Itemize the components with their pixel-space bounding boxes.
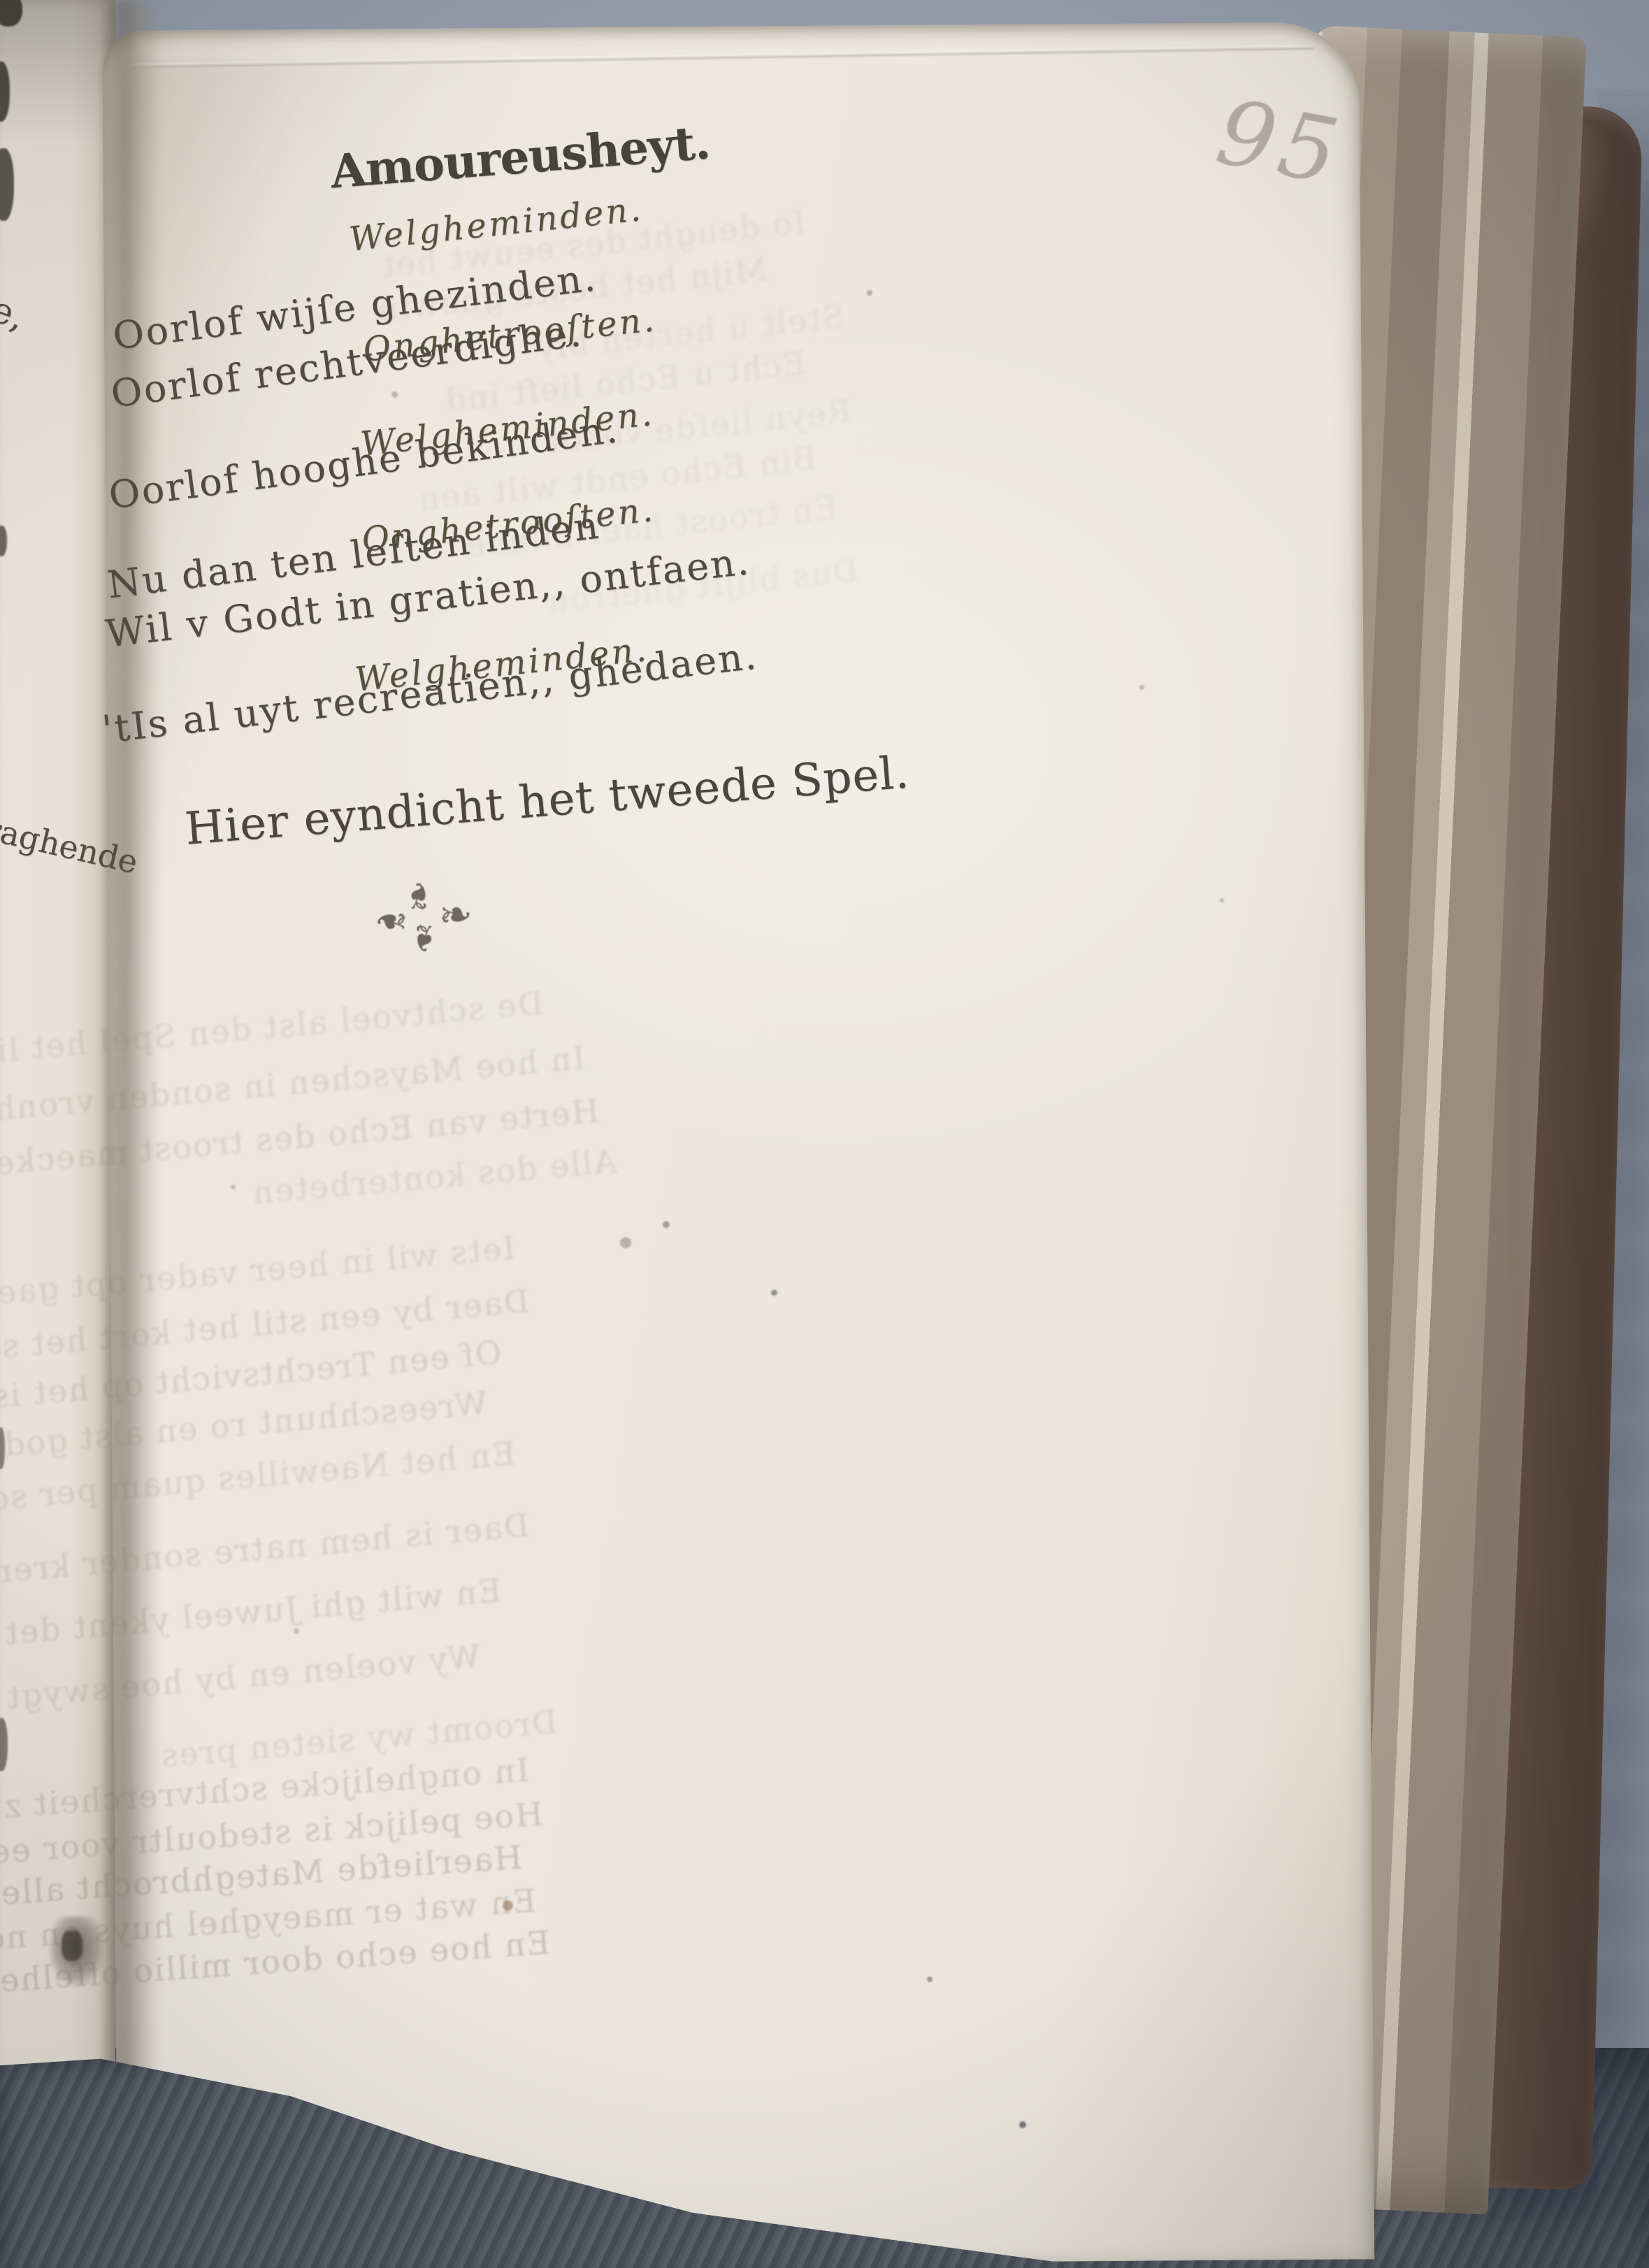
paper-speck: [231, 1185, 236, 1190]
fleuron-leaf-icon: ❧: [436, 889, 475, 940]
paper-speck: [620, 1237, 631, 1248]
paper-speck: [867, 290, 872, 296]
paper-speck: [294, 1628, 299, 1634]
paper-speck: [1019, 2121, 1026, 2128]
photo-canvas: Io deught des eeuwt hetMijn het beste gh…: [0, 0, 1649, 2268]
printers-fleuron-ornament: ❧❧❧❧: [370, 869, 498, 972]
paper-speck: [1220, 898, 1224, 902]
paper-speck: [1139, 685, 1144, 690]
paper-speck: [391, 391, 398, 398]
paper-speck: [771, 1290, 777, 1296]
paper-speck: [663, 1221, 670, 1228]
paper-speck: [927, 1977, 932, 1982]
paper-speck: [503, 1900, 513, 1911]
gutter-smudge-core: [62, 1930, 82, 1961]
